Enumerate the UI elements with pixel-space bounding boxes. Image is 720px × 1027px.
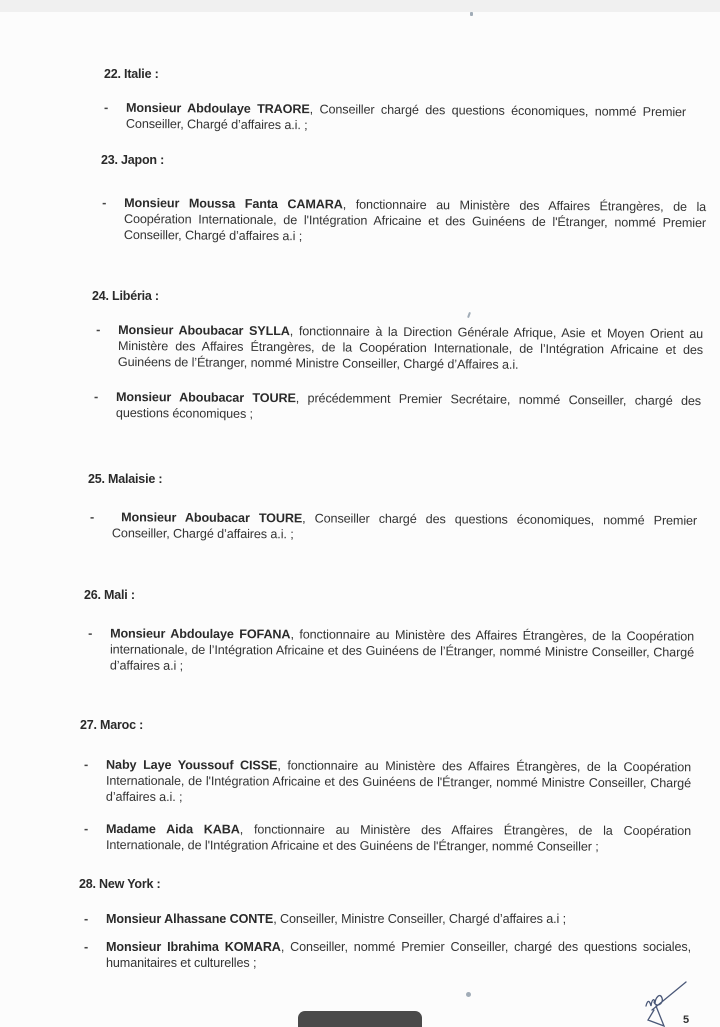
entry-name: Monsieur Alhassane CONTE (106, 912, 273, 926)
entry-conte-new-york: - Monsieur Alhassane CONTE, Conseiller, … (106, 911, 691, 927)
section-title-japon: 23. Japon : (101, 153, 164, 167)
scan-speck (467, 312, 471, 318)
entry-name: Monsieur Ibrahima KOMARA (106, 940, 281, 954)
entry-name: Monsieur Moussa Fanta CAMARA (124, 196, 343, 212)
document-page[interactable]: 22. Italie : - Monsieur Abdoulaye TRAORE… (0, 12, 720, 1027)
entry-name: Monsieur Abdoulaye FOFANA (110, 626, 290, 641)
section-title-italie: 22. Italie : (104, 67, 159, 81)
scan-speck (470, 12, 473, 16)
bullet-dash: - (96, 322, 100, 338)
entry-traore-italie: - Monsieur Abdoulaye TRAORE, Conseiller … (126, 100, 686, 136)
entry-fofana-mali: - Monsieur Abdoulaye FOFANA, fonctionnai… (110, 625, 694, 676)
entry-komara-new-york: - Monsieur Ibrahima KOMARA, Conseiller, … (106, 939, 691, 971)
entry-toure-malaisie: - Monsieur Aboubacar TOURE, Conseiller c… (112, 509, 697, 545)
bullet-dash: - (84, 939, 88, 955)
entry-name: Monsieur Abdoulaye TRAORE (126, 101, 310, 116)
bullet-dash: - (84, 757, 88, 773)
entry-text: , Conseiller, Ministre Conseiller, Charg… (273, 912, 566, 926)
bullet-dash: - (84, 821, 88, 837)
section-title-new-york: 28. New York : (79, 877, 161, 891)
section-title-liberia: 24. Libéria : (92, 289, 159, 303)
bullet-dash: - (94, 389, 98, 405)
bullet-dash: - (90, 509, 94, 525)
bullet-dash: - (104, 100, 108, 116)
section-title-mali: 26. Mali : (84, 588, 135, 602)
bullet-dash: - (102, 195, 106, 211)
section-title-malaisie: 25. Malaisie : (88, 472, 162, 486)
entry-name: Monsieur Aboubacar TOURE (121, 510, 302, 525)
bullet-dash: - (88, 625, 92, 641)
entry-camara-japon: - Monsieur Moussa Fanta CAMARA, fonction… (124, 195, 706, 247)
bullet-dash: - (84, 911, 88, 927)
entry-name: Madame Aida KABA (106, 822, 240, 836)
section-title-maroc: 27. Maroc : (80, 718, 143, 732)
entry-kaba-maroc: - Madame Aida KABA, fonctionnaire au Min… (106, 821, 691, 855)
scan-speck (466, 992, 471, 997)
viewer-bottom-handle[interactable] (298, 1011, 422, 1027)
entry-name: Naby Laye Youssouf CISSE (106, 758, 277, 773)
entry-toure-liberia: - Monsieur Aboubacar TOURE, précédemment… (116, 389, 701, 425)
page-number: 5 (683, 1014, 689, 1026)
entry-sylla-liberia: - Monsieur Aboubacar SYLLA, fonctionnair… (118, 322, 703, 374)
entry-name: Monsieur Aboubacar TOURE (116, 390, 296, 405)
entry-name: Monsieur Aboubacar SYLLA (118, 323, 290, 338)
entry-cisse-maroc: - Naby Laye Youssouf CISSE, fonctionnair… (106, 757, 691, 808)
